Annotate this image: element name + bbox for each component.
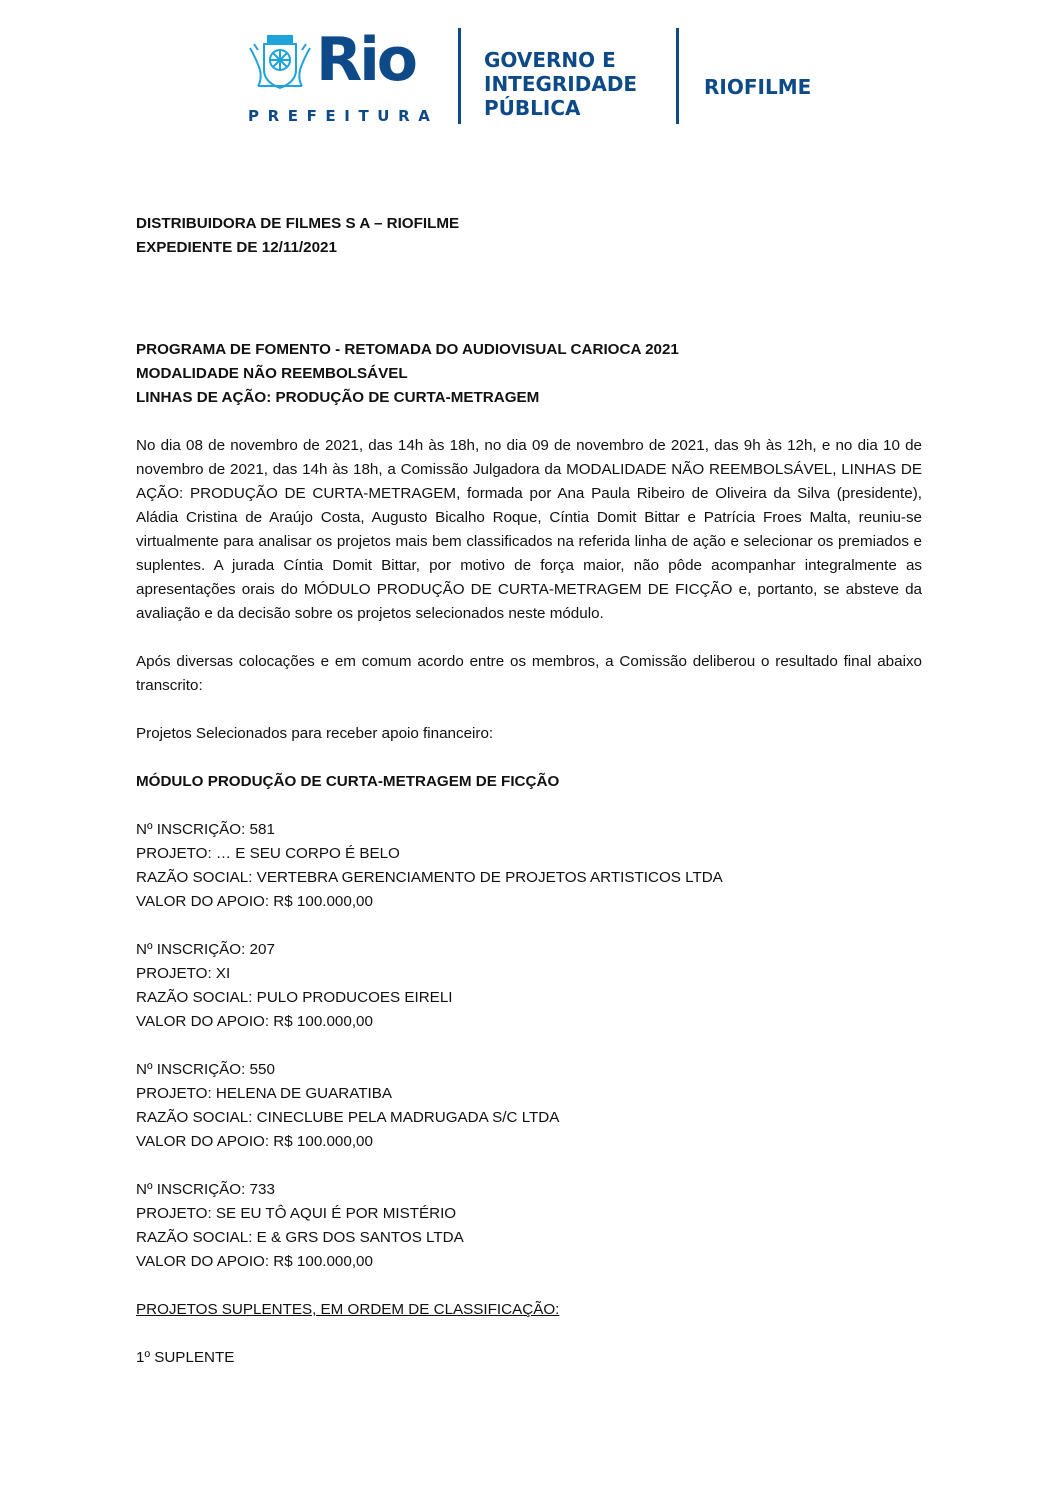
project-inscricao: Nº INSCRIÇÃO: 550 <box>136 1058 922 1082</box>
first-suplente: 1º SUPLENTE <box>136 1346 922 1370</box>
selected-intro: Projetos Selecionados para receber apoio… <box>136 722 922 746</box>
document-body: DISTRIBUIDORA DE FILMES S A – RIOFILME E… <box>136 212 922 1370</box>
header-divider <box>458 28 461 124</box>
gov-integridade-label: GOVERNO E INTEGRIDADE PÚBLICA <box>484 48 637 120</box>
project-razao-social: RAZÃO SOCIAL: E & GRS DOS SANTOS LTDA <box>136 1226 922 1250</box>
project-name: PROJETO: XI <box>136 962 922 986</box>
gov-line-1: GOVERNO E <box>484 48 637 72</box>
program-title: PROGRAMA DE FOMENTO - RETOMADA DO AUDIOV… <box>136 338 922 362</box>
logo-prefeitura: PREFEITURA <box>248 106 438 126</box>
agency-name: RIOFILME <box>704 75 811 99</box>
project-inscricao: Nº INSCRIÇÃO: 207 <box>136 938 922 962</box>
city-crest-icon <box>246 30 314 92</box>
linhas-de-acao: LINHAS DE AÇÃO: PRODUÇÃO DE CURTA-METRAG… <box>136 386 922 410</box>
project-inscricao: Nº INSCRIÇÃO: 581 <box>136 818 922 842</box>
project-razao-social: RAZÃO SOCIAL: VERTEBRA GERENCIAMENTO DE … <box>136 866 922 890</box>
header-divider <box>676 28 679 124</box>
suplentes-title: PROJETOS SUPLENTES, EM ORDEM DE CLASSIFI… <box>136 1298 922 1322</box>
modalidade: MODALIDADE NÃO REEMBOLSÁVEL <box>136 362 922 386</box>
project-name: PROJETO: … E SEU CORPO É BELO <box>136 842 922 866</box>
paragraph-resultado: Após diversas colocações e em comum acor… <box>136 650 922 698</box>
project-name: PROJETO: SE EU TÔ AQUI É POR MISTÉRIO <box>136 1202 922 1226</box>
page-header: Rio PREFEITURA GOVERNO E INTEGRIDADE PÚB… <box>244 26 824 126</box>
gov-line-2: INTEGRIDADE <box>484 72 637 96</box>
logo-rio-word: Rio <box>316 20 415 100</box>
project-razao-social: RAZÃO SOCIAL: CINECLUBE PELA MADRUGADA S… <box>136 1106 922 1130</box>
project-entry: Nº INSCRIÇÃO: 581 PROJETO: … E SEU CORPO… <box>136 818 922 914</box>
paragraph-comissao: No dia 08 de novembro de 2021, das 14h à… <box>136 434 922 626</box>
project-valor: VALOR DO APOIO: R$ 100.000,00 <box>136 1130 922 1154</box>
project-inscricao: Nº INSCRIÇÃO: 733 <box>136 1178 922 1202</box>
project-name: PROJETO: HELENA DE GUARATIBA <box>136 1082 922 1106</box>
org-line: DISTRIBUIDORA DE FILMES S A – RIOFILME <box>136 212 922 236</box>
gov-line-3: PÚBLICA <box>484 96 637 120</box>
project-entry: Nº INSCRIÇÃO: 207 PROJETO: XI RAZÃO SOCI… <box>136 938 922 1034</box>
project-valor: VALOR DO APOIO: R$ 100.000,00 <box>136 1010 922 1034</box>
expediente-date: EXPEDIENTE DE 12/11/2021 <box>136 236 922 260</box>
project-entry: Nº INSCRIÇÃO: 733 PROJETO: SE EU TÔ AQUI… <box>136 1178 922 1274</box>
project-razao-social: RAZÃO SOCIAL: PULO PRODUCOES EIRELI <box>136 986 922 1010</box>
module-title: MÓDULO PRODUÇÃO DE CURTA-METRAGEM DE FIC… <box>136 770 922 794</box>
project-valor: VALOR DO APOIO: R$ 100.000,00 <box>136 890 922 914</box>
project-entry: Nº INSCRIÇÃO: 550 PROJETO: HELENA DE GUA… <box>136 1058 922 1154</box>
project-valor: VALOR DO APOIO: R$ 100.000,00 <box>136 1250 922 1274</box>
